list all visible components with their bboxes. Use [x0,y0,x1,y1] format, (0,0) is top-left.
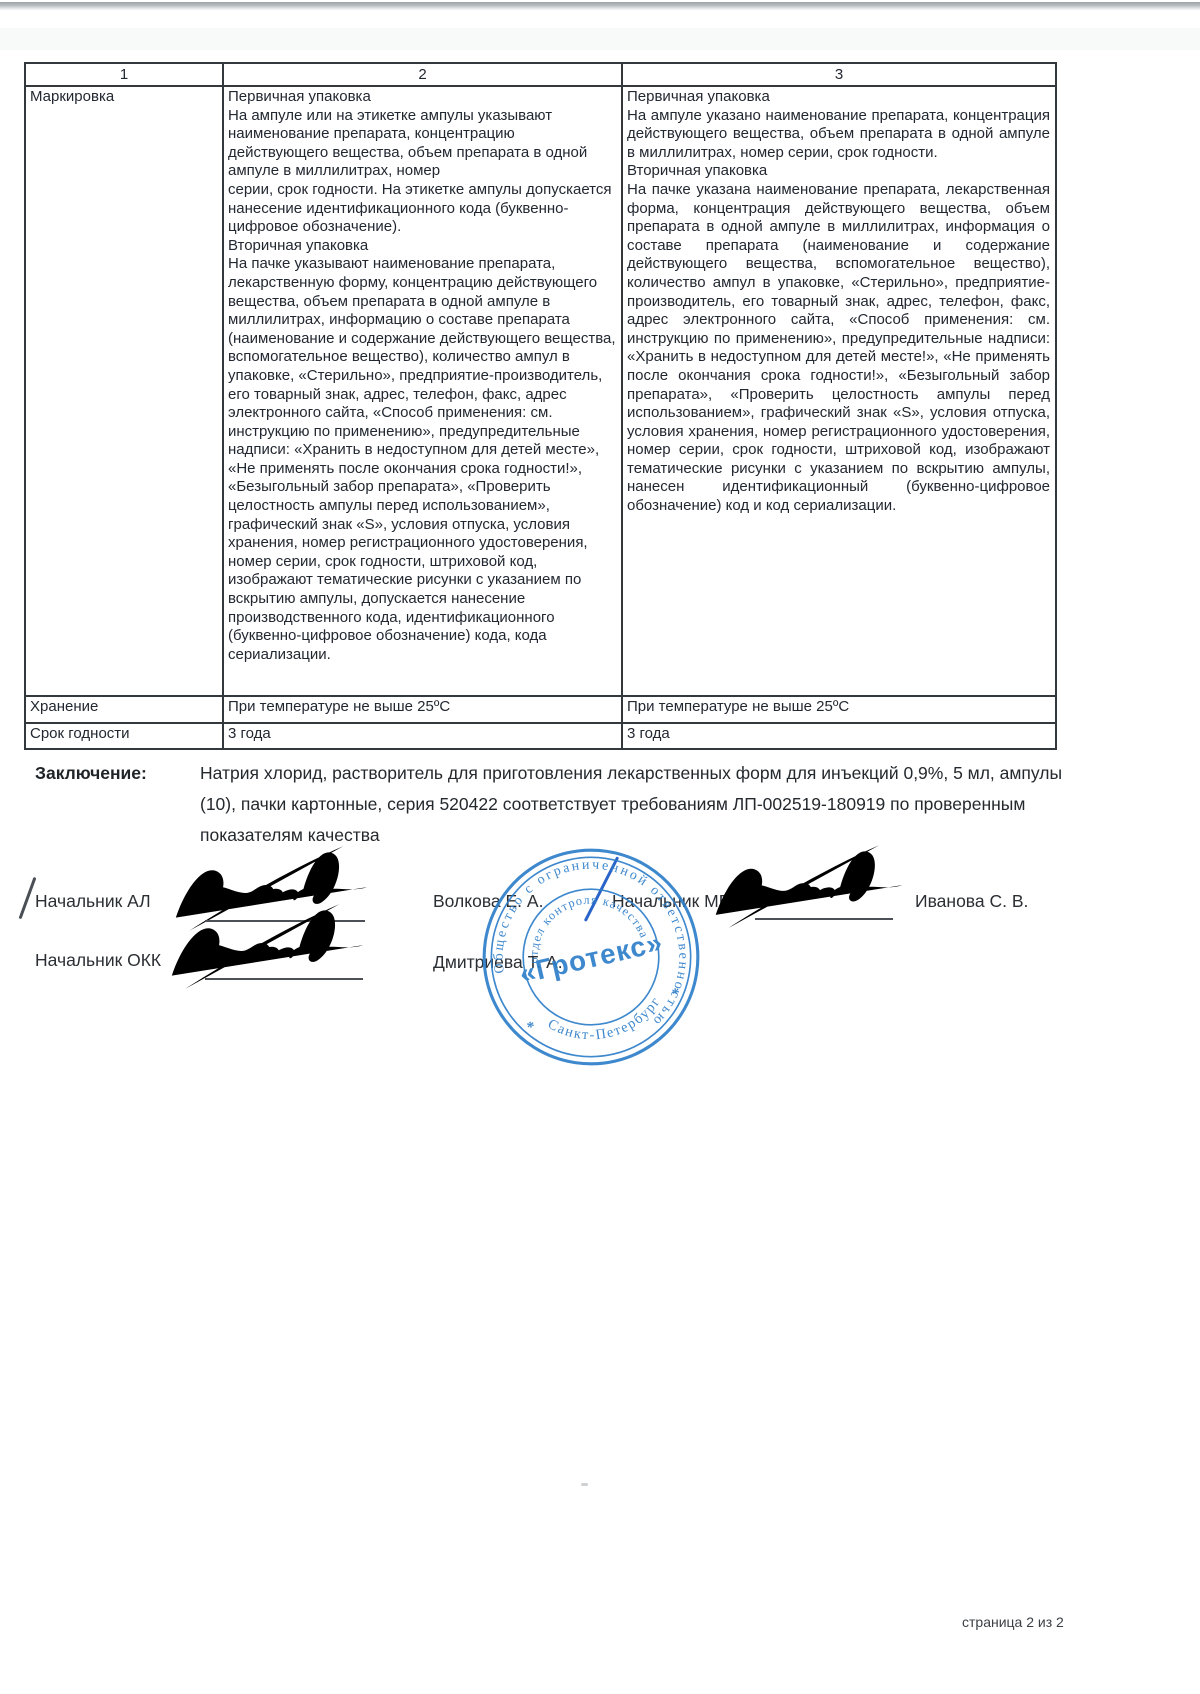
table-header-row: 1 2 3 [25,63,1056,86]
table-row-storage: Хранение При температуре не выше 25ºС Пр… [25,696,1056,723]
signature-name-ivanova: Иванова С. В. [915,891,1028,912]
marking-secondary-pack-text: Первичная упаковка На ампуле указано наи… [622,86,1056,696]
marking-label: Маркировка [25,86,223,696]
storage-value-col3: При температуре не выше 25ºС [622,696,1056,723]
shelf-life-value-col2: 3 года [223,723,622,749]
spec-table: 1 2 3 Маркировка Первичная упаковка На а… [24,62,1057,750]
signature-line-head-okk [205,978,363,980]
table-row-shelf-life: Срок годности 3 года 3 года [25,723,1056,749]
page-number: страница 2 из 2 [962,1614,1064,1630]
shelf-life-label: Срок годности [25,723,223,749]
conclusion-label: Заключение: [35,758,200,851]
document-page: 1 2 3 Маркировка Первичная упаковка На а… [0,0,1200,1694]
table-row-marking: Маркировка Первичная упаковка На ампуле … [25,86,1056,696]
company-round-stamp: Общество с ограниченной ответственностью… [455,821,726,1092]
shelf-life-value-col3: 3 года [622,723,1056,749]
storage-label: Хранение [25,696,223,723]
table-header-col1: 1 [25,63,223,86]
signature-line-head-mbl [755,918,893,920]
table-header-col2: 2 [223,63,622,86]
signature-title-head-al: Начальник АЛ [35,891,151,912]
storage-value-col2: При температуре не выше 25ºС [223,696,622,723]
scan-artifact-band [0,2,1200,10]
signature-title-head-okk: Начальник ОКК [35,950,161,971]
table-header-col3: 3 [622,63,1056,86]
scan-speck [581,1483,588,1486]
conclusion-block: Заключение: Натрия хлорид, растворитель … [35,758,1065,851]
pen-slash-mark [19,877,36,919]
marking-primary-pack-text: Первичная упаковка На ампуле или на этик… [223,86,622,696]
scan-tint-band [0,28,1200,50]
